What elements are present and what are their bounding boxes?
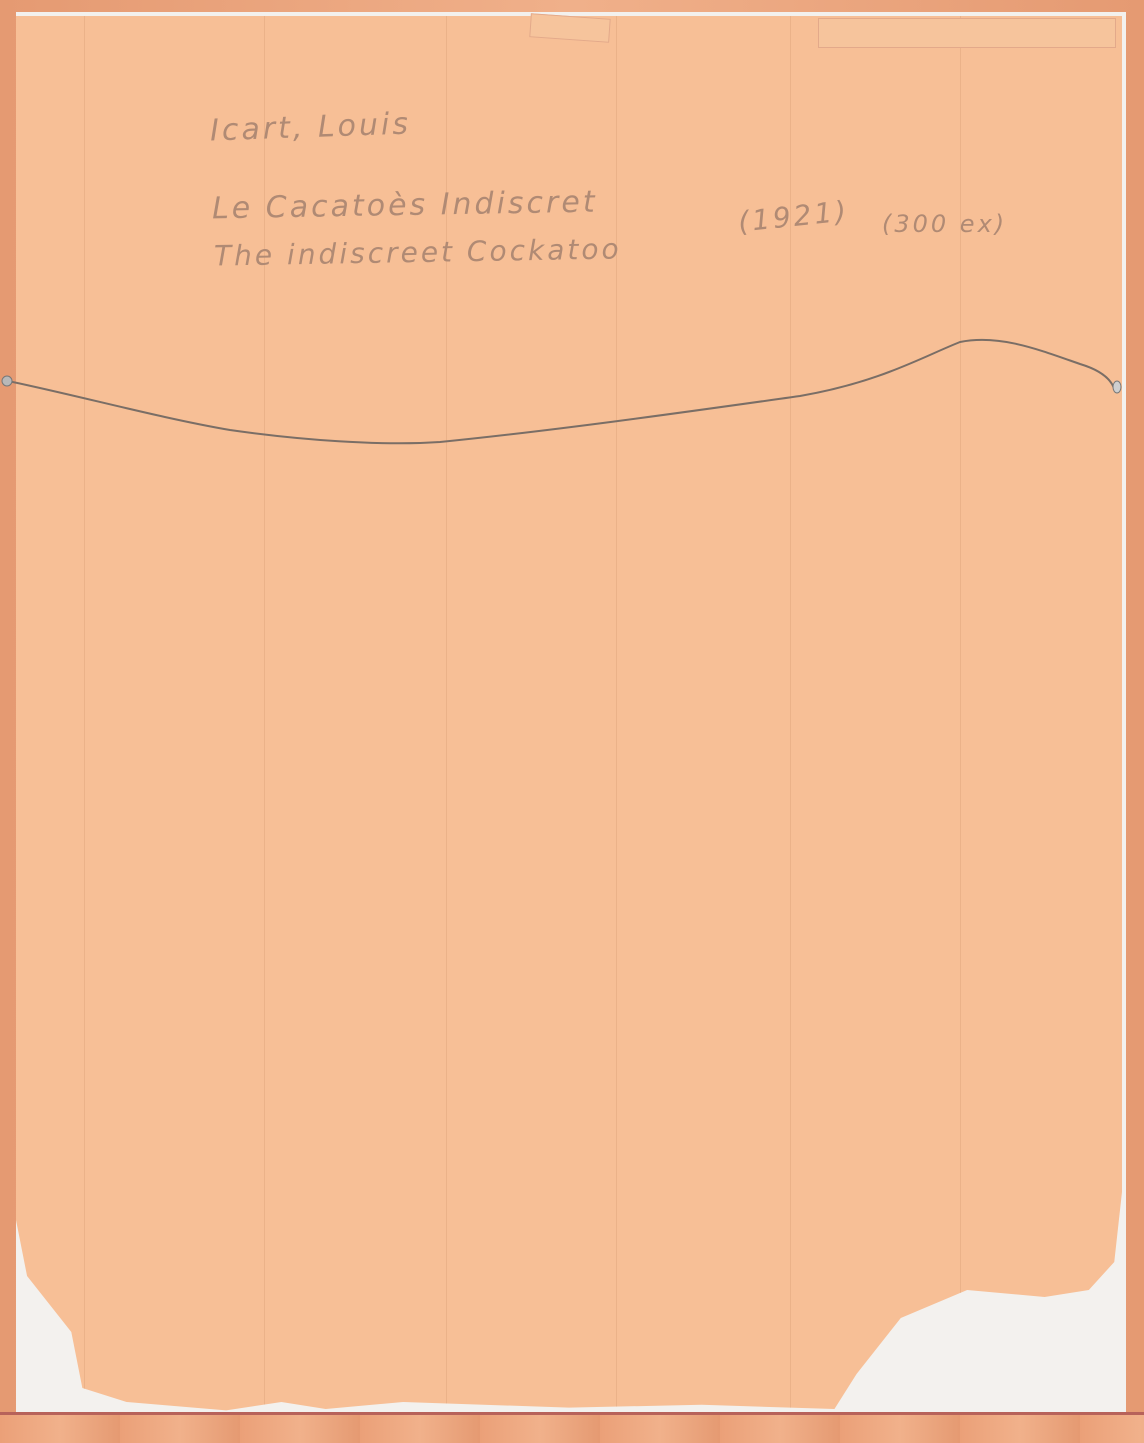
screw-eye-left-icon: [2, 376, 12, 386]
hanging-wire: [0, 0, 1144, 1440]
frame-bottom-rail: [0, 1412, 1144, 1440]
screw-eye-right-icon: [1113, 381, 1121, 393]
